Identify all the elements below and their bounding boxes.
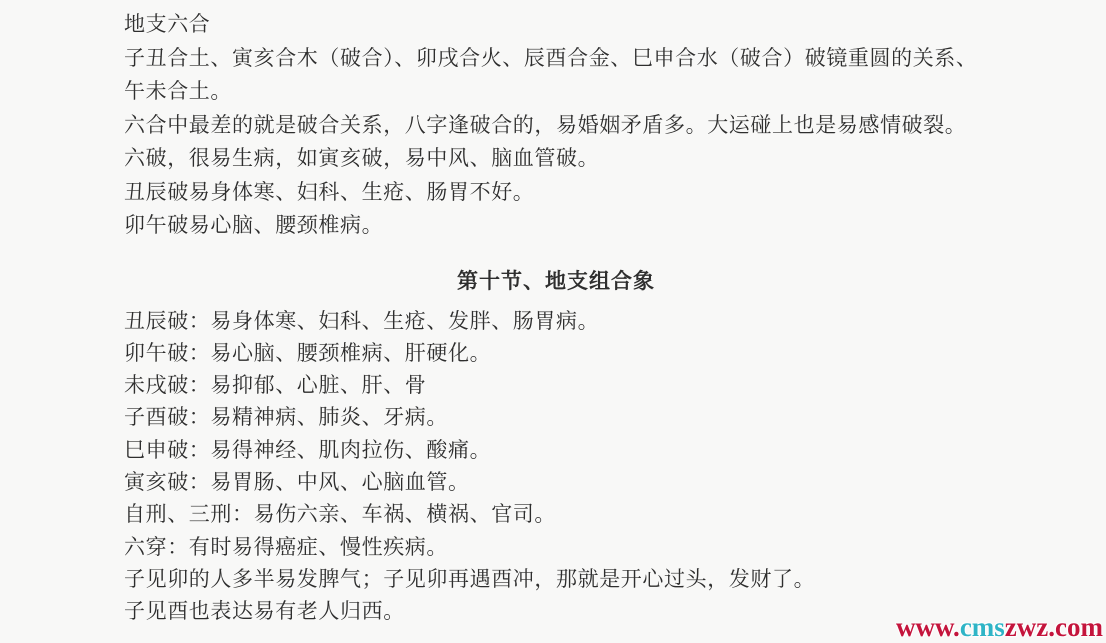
section-line: 丑辰破：易身体寒、妇科、生疮、发胖、肠胃病。 [124,305,988,337]
intro-line: 卯午破易心脑、腰颈椎病。 [124,209,988,243]
section-paragraphs: 丑辰破：易身体寒、妇科、生疮、发胖、肠胃病。 卯午破：易心脑、腰颈椎病、肝硬化。… [124,305,988,628]
intro-paragraphs: 地支六合 子丑合土、寅亥合木（破合）、卯戌合火、辰酉合金、巳申合水（破合）破镜重… [124,8,988,243]
section-line: 未戌破：易抑郁、心脏、肝、骨 [124,369,988,401]
section-line: 子见酉也表达易有老人归西。 [124,595,988,627]
watermark-segment-www: www. [896,612,960,642]
section-line: 自刑、三刑：易伤六亲、车祸、横祸、官司。 [124,498,988,530]
document-content: 地支六合 子丑合土、寅亥合木（破合）、卯戌合火、辰酉合金、巳申合水（破合）破镜重… [0,0,1106,627]
section-line: 子酉破：易精神病、肺炎、牙病。 [124,401,988,433]
document-page: 地支六合 子丑合土、寅亥合木（破合）、卯戌合火、辰酉合金、巳申合水（破合）破镜重… [0,0,1106,643]
intro-line: 午未合土。 [124,75,988,109]
watermark-segment-zwz: zwz.com [1005,612,1103,642]
intro-line: 六合中最差的就是破合关系，八字逢破合的，易婚姻矛盾多。大运碰上也是易感情破裂。 [124,109,988,143]
section-heading: 第十节、地支组合象 [124,269,988,293]
section-line: 六穿：有时易得癌症、慢性疾病。 [124,531,988,563]
section-line: 卯午破：易心脑、腰颈椎病、肝硬化。 [124,337,988,369]
section-line: 子见卯的人多半易发脾气；子见卯再遇酉冲，那就是开心过头，发财了。 [124,563,988,595]
intro-line: 六破，很易生病，如寅亥破，易中风、脑血管破。 [124,142,988,176]
section-line: 寅亥破：易胃肠、中风、心脑血管。 [124,466,988,498]
watermark-site-url: www.cmszwz.com [896,611,1103,643]
section-line: 巳申破：易得神经、肌肉拉伤、酸痛。 [124,434,988,466]
intro-line: 地支六合 [124,8,988,42]
watermark-segment-cms: cms [960,612,1005,642]
intro-line: 丑辰破易身体寒、妇科、生疮、肠胃不好。 [124,176,988,210]
intro-line: 子丑合土、寅亥合木（破合）、卯戌合火、辰酉合金、巳申合水（破合）破镜重圆的关系、 [124,42,988,76]
